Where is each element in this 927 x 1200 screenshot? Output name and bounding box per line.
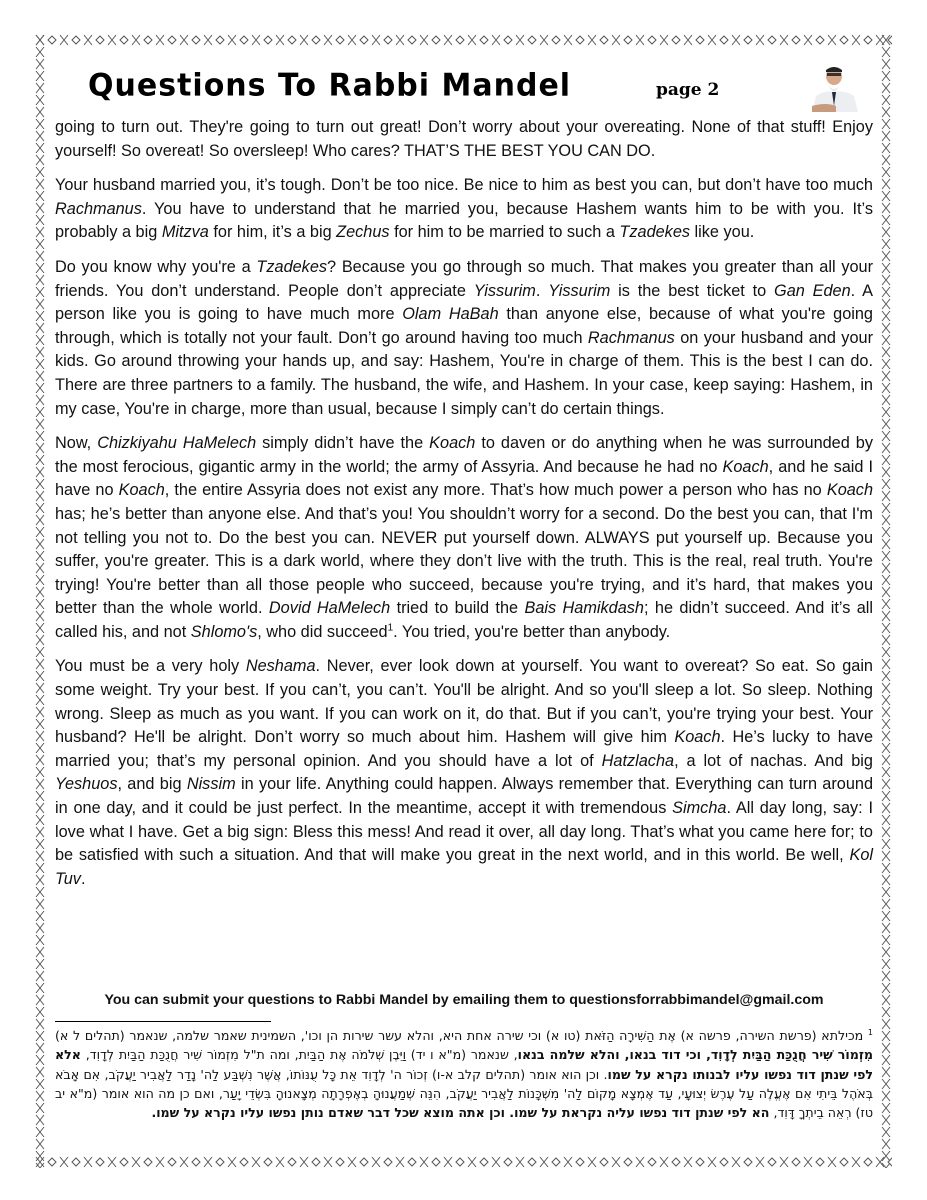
hebrew-term: Zechus	[336, 223, 389, 241]
page-title: Questions To Rabbi Mandel	[88, 67, 571, 104]
hebrew-term: Dovid HaMelech	[269, 599, 390, 617]
hebrew-term: Koach	[723, 458, 769, 476]
paragraph: You must be a very holy Neshama. Never, …	[55, 655, 873, 891]
hebrew-term: Rachmanus	[588, 329, 675, 347]
hebrew-term: Gan Eden	[774, 282, 851, 300]
hebrew-term: Neshama	[246, 657, 316, 675]
hebrew-term: Mitzva	[162, 223, 209, 241]
hebrew-term: Chizkiyahu HaMelech	[97, 434, 256, 452]
hebrew-term: Simcha	[672, 799, 726, 817]
hebrew-term: Tzadekes	[256, 258, 327, 276]
paragraph: Do you know why you're a Tzadekes? Becau…	[55, 256, 873, 421]
border-top	[34, 34, 892, 46]
article-body: going to turn out. They're going to turn…	[55, 116, 873, 902]
hebrew-term: Rachmanus	[55, 200, 142, 218]
hebrew-term: Koach	[429, 434, 475, 452]
paragraph: going to turn out. They're going to turn…	[55, 116, 873, 163]
border-left	[34, 34, 46, 1168]
hebrew-term: Hatzlacha	[602, 752, 674, 770]
hebrew-term: Yissurim	[548, 282, 610, 300]
page-number: page 2	[656, 80, 719, 100]
border-right	[880, 34, 892, 1168]
footnote-text: מכילתא (פרשת השירה, פרשה א) אֶת הַשִּׁיר…	[55, 1028, 873, 1120]
hebrew-term: Koach	[827, 481, 873, 499]
footnote-number: 1	[868, 1028, 873, 1037]
border-bottom	[34, 1156, 892, 1168]
hebrew-term: Olam HaBah	[402, 305, 498, 323]
portrait-icon	[806, 62, 862, 112]
paragraph: Your husband married you, it’s tough. Do…	[55, 174, 873, 245]
submission-note: You can submit your questions to Rabbi M…	[55, 992, 873, 1008]
hebrew-term: Shlomo's	[191, 623, 257, 641]
hebrew-term: Koach	[674, 728, 720, 746]
hebrew-term: Nissim	[187, 775, 236, 793]
hebrew-term: Tzadekes	[619, 223, 690, 241]
rabbi-photo	[806, 62, 862, 112]
hebrew-term: Bais Hamikdash	[524, 599, 644, 617]
hebrew-term: Koach	[119, 481, 165, 499]
page-header: Questions To Rabbi Mandel page 2	[88, 62, 868, 114]
paragraph: Now, Chizkiyahu HaMelech simply didn’t h…	[55, 432, 873, 644]
footnote: 1 מכילתא (פרשת השירה, פרשה א) אֶת הַשִּׁ…	[55, 1026, 873, 1122]
hebrew-term: Yeshuos	[55, 775, 117, 793]
footnote-divider	[55, 1021, 271, 1022]
hebrew-term: Yissurim	[474, 282, 536, 300]
